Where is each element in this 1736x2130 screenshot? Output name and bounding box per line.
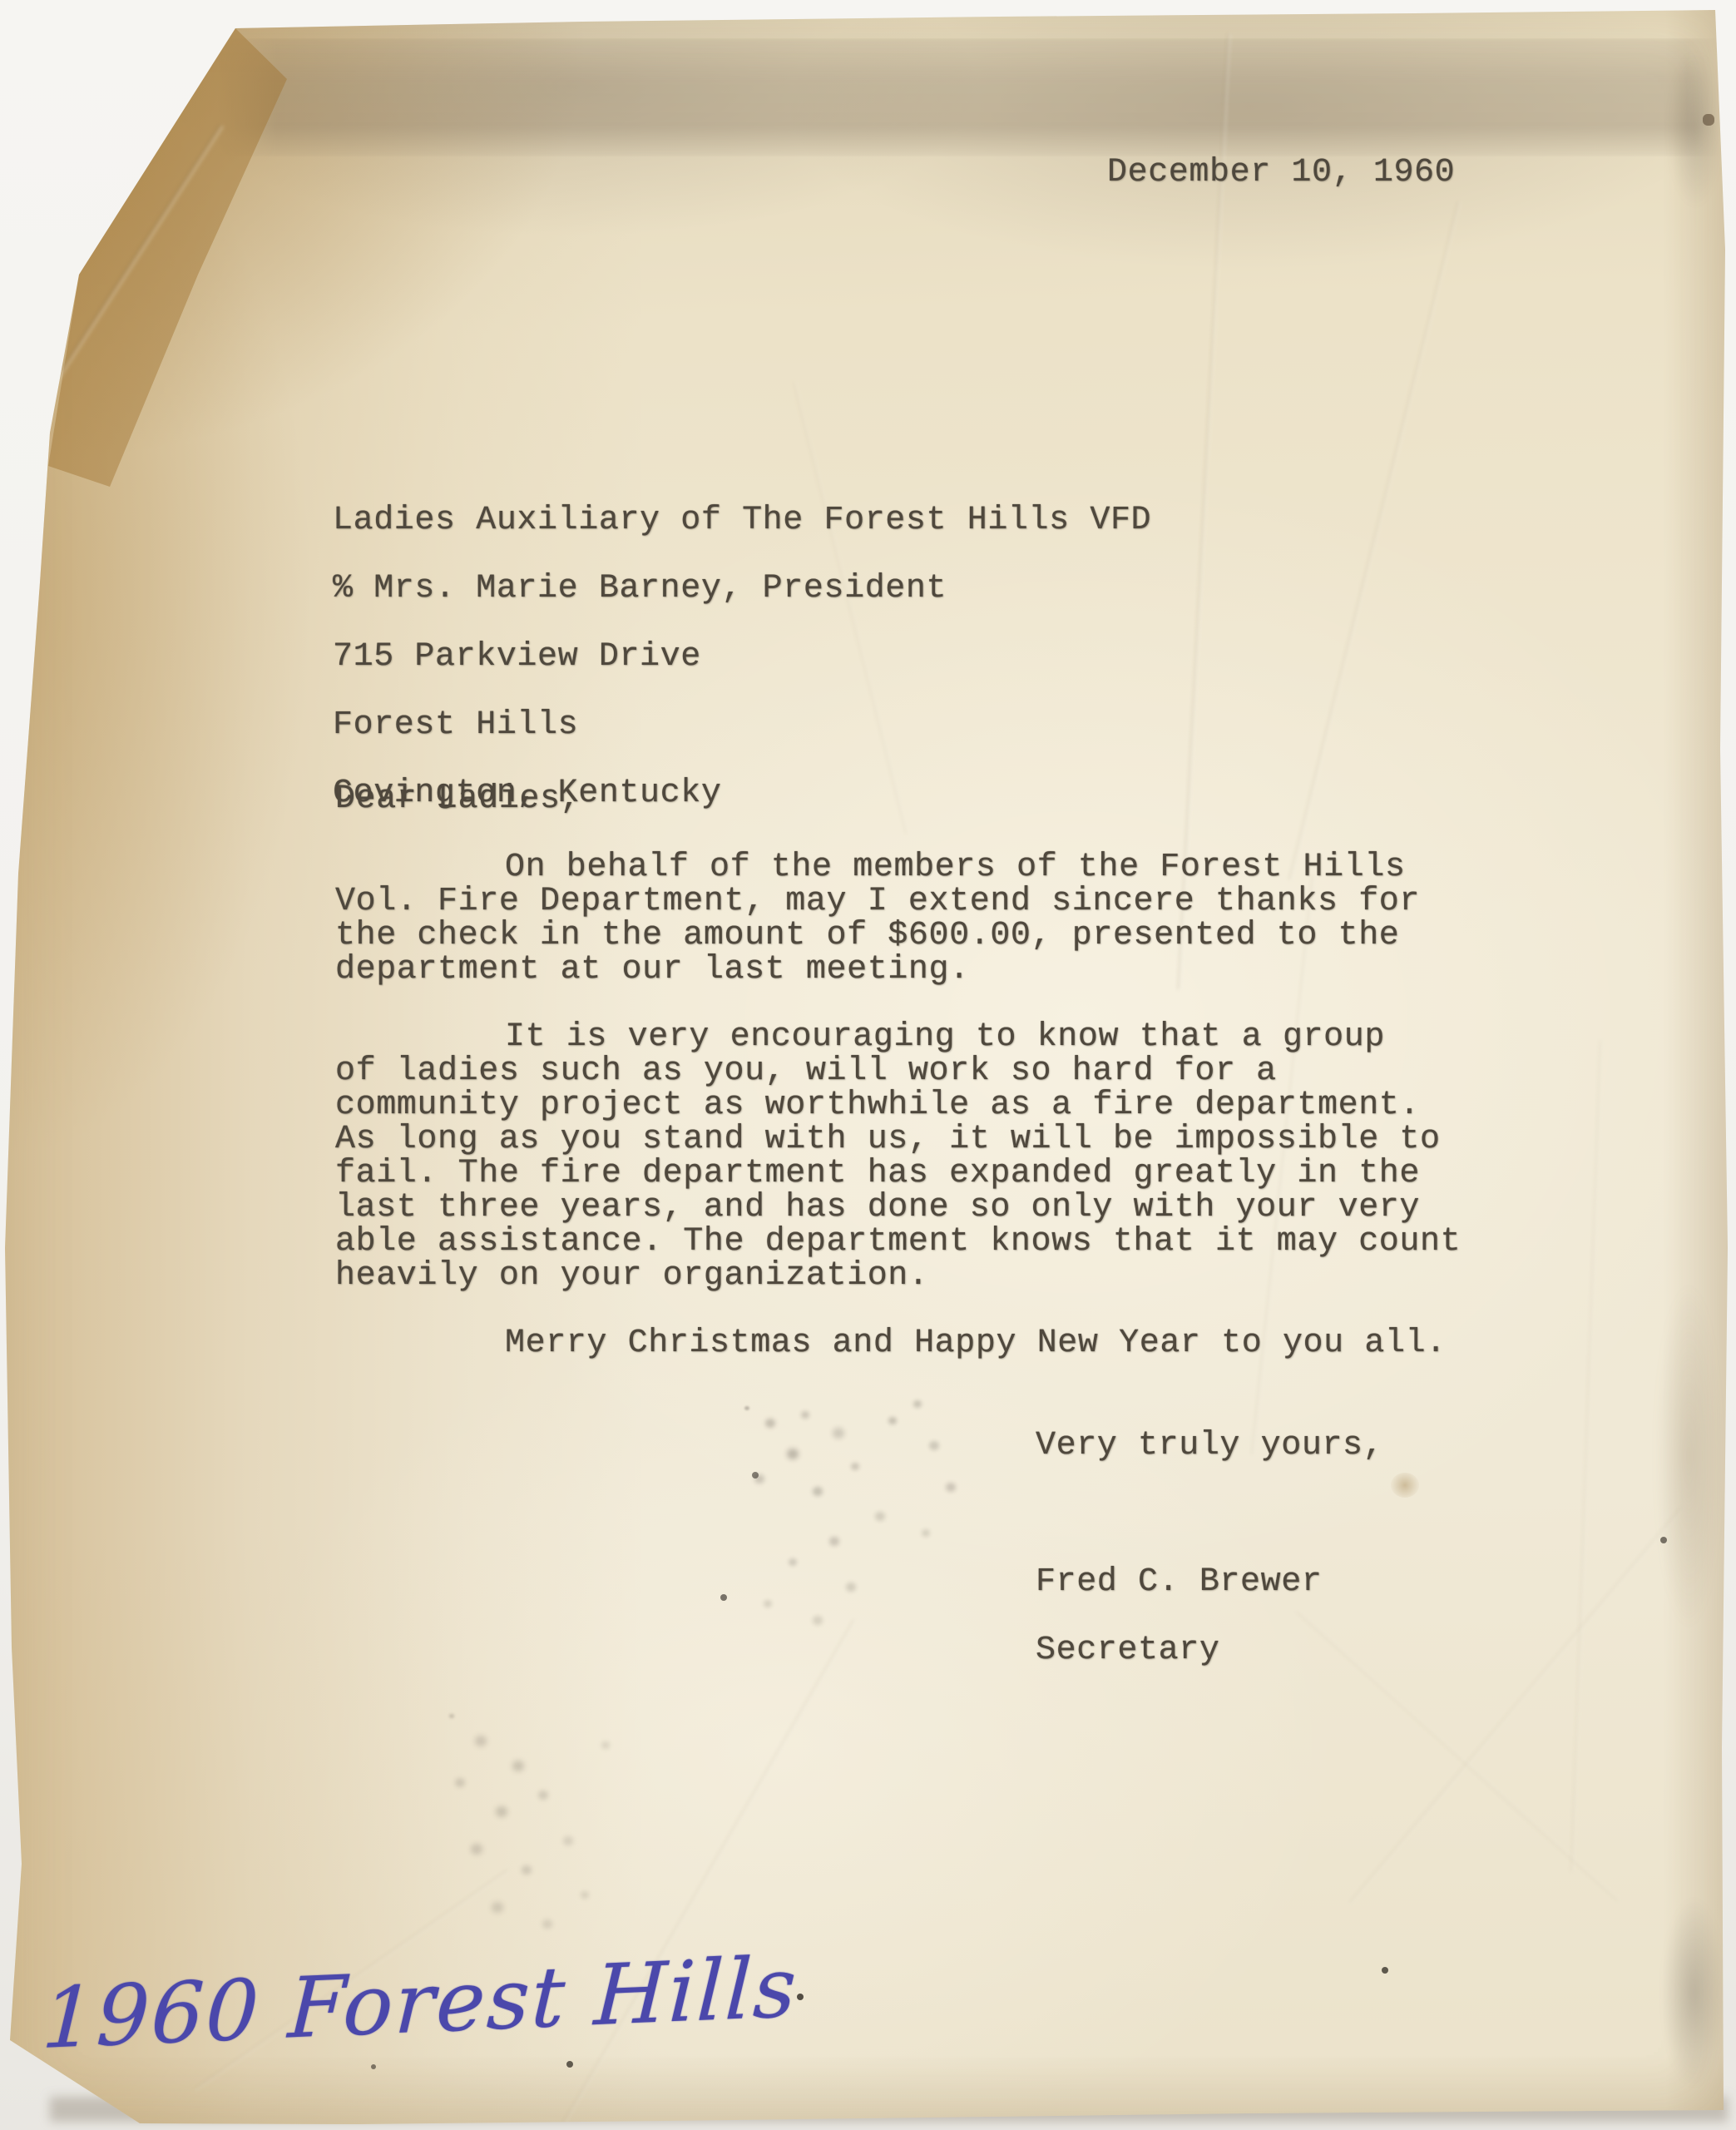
scanned-letter: December 10, 1960 Ladies Auxiliary of Th…: [0, 0, 1736, 2130]
edge-smudge: [1668, 50, 1723, 208]
edge-smudge: [1662, 1897, 1725, 2088]
edge-smudge: [1655, 1281, 1722, 1631]
ink-specks: [0, 0, 3, 3]
recipient-line: Forest Hills: [333, 708, 1151, 742]
recipient-line: 715 Parkview Drive: [333, 640, 1151, 674]
salutation: Dear Ladies,: [335, 782, 581, 816]
crease-line: [1296, 1609, 1620, 1902]
tape-residue-band: [218, 38, 1720, 156]
closing-phrase: Very truly yours,: [1036, 1429, 1383, 1463]
body-paragraph-2: It is very encouraging to know that a gr…: [335, 1020, 1600, 1293]
smudge-cluster: [744, 1406, 749, 1410]
crease-line: [1288, 201, 1461, 880]
signature-title: Secretary: [1036, 1633, 1322, 1667]
crease-line: [561, 1619, 856, 2126]
body-paragraph-3: Merry Christmas and Happy New Year to yo…: [505, 1326, 1447, 1360]
signature-block: Fred C. Brewer Secretary: [1036, 1531, 1322, 1702]
letter-paper: December 10, 1960 Ladies Auxiliary of Th…: [0, 0, 1736, 2130]
recipient-line: Ladies Auxiliary of The Forest Hills VFD: [333, 503, 1151, 537]
stain-spot: [1391, 1473, 1419, 1498]
body-paragraph-1: On behalf of the members of the Forest H…: [335, 850, 1583, 987]
recipient-line: % Mrs. Marie Barney, President: [333, 572, 1151, 606]
letter-date: December 10, 1960: [1107, 156, 1455, 190]
smudge-trail: [449, 1714, 454, 1718]
handwritten-annotation: 1960 Forest Hills: [40, 1939, 800, 2068]
signature-name: Fred C. Brewer: [1036, 1565, 1322, 1599]
